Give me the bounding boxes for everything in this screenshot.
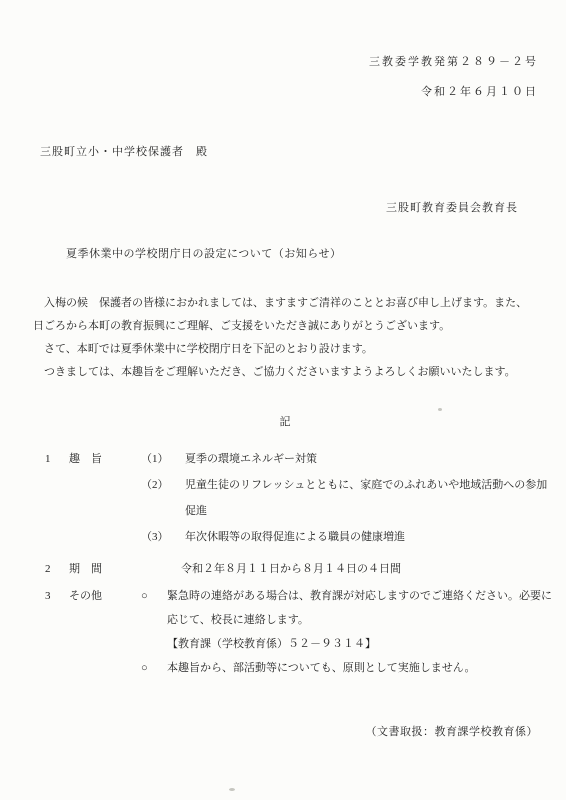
section-label: 趣 旨 bbox=[69, 446, 141, 472]
item-text-continuation: 応じて、校長に連絡します。 bbox=[167, 608, 538, 632]
item-text: 夏季の環境エネルギー対策 bbox=[185, 446, 538, 472]
issue-date: 令和２年６月１０日 bbox=[33, 82, 538, 102]
purpose-item-1: （1） 夏季の環境エネルギー対策 bbox=[141, 446, 538, 472]
other-items: ○ 緊急時の連絡がある場合は、教育課が対応しますのでご連絡ください。必要に 応じ… bbox=[141, 584, 538, 680]
document-handler-note: （文書取扱：教育課学校教育係） bbox=[33, 722, 538, 742]
circle-bullet-icon: ○ bbox=[141, 656, 167, 680]
section-number: 3 bbox=[33, 584, 69, 608]
purpose-items: （1） 夏季の環境エネルギー対策 （2） 児童生徒のリフレッシュとともに、家庭で… bbox=[141, 446, 538, 550]
section-number: 2 bbox=[33, 556, 69, 582]
document-page: 三教委学教発第２８９－２号 令和２年６月１０日 三股町立小・中学校保護者 殿 三… bbox=[0, 0, 566, 800]
doc-number: 三教委学教発第２８９－２号 bbox=[33, 52, 538, 72]
period-value: 令和２年８月１１日から８月１４日の４日間 bbox=[181, 556, 538, 582]
body-line-3: さて、本町では夏季休業中に学校閉庁日を下記のとおり設けます。 bbox=[33, 338, 538, 361]
ki-marker: 記 bbox=[33, 412, 538, 432]
sections-block: 1 趣 旨 （1） 夏季の環境エネルギー対策 （2） 児童生徒のリフレッシュとと… bbox=[33, 446, 538, 680]
body-line-2: 日ごろから本町の教育振興にご理解、ご支援をいただき誠にありがとうございます。 bbox=[33, 315, 538, 338]
circle-bullet-icon: ○ bbox=[141, 584, 167, 656]
section-purpose: 1 趣 旨 （1） 夏季の環境エネルギー対策 （2） 児童生徒のリフレッシュとと… bbox=[33, 446, 538, 550]
sender-line: 三股町教育委員会教育長 bbox=[33, 198, 538, 218]
item-number: （3） bbox=[141, 524, 185, 550]
scan-speck bbox=[438, 408, 442, 411]
purpose-item-3: （3） 年次休暇等の取得促進による職員の健康増進 bbox=[141, 524, 538, 550]
greeting-paragraph: 入梅の候 保護者の皆様におかれましては、ますますご清祥のこととお喜び申し上げます… bbox=[33, 292, 538, 384]
item-text: 本趣旨から、部活動等についても、原則として実施しません。 bbox=[167, 656, 538, 680]
item-number: （2） bbox=[141, 472, 185, 524]
body-line-1: 入梅の候 保護者の皆様におかれましては、ますますご清祥のこととお喜び申し上げます… bbox=[33, 292, 538, 315]
section-other: 3 その他 ○ 緊急時の連絡がある場合は、教育課が対応しますのでご連絡ください。… bbox=[33, 584, 538, 680]
body-line-4: つきましては、本趣旨をご理解いただき、ご協力くださいますようよろしくお願いいたし… bbox=[33, 361, 538, 384]
section-label: その他 bbox=[69, 584, 141, 608]
item-text: 緊急時の連絡がある場合は、教育課が対応しますのでご連絡ください。必要に bbox=[167, 584, 538, 608]
item-number: （1） bbox=[141, 446, 185, 472]
item-text: 年次休暇等の取得促進による職員の健康増進 bbox=[185, 524, 538, 550]
other-item-1: ○ 緊急時の連絡がある場合は、教育課が対応しますのでご連絡ください。必要に 応じ… bbox=[141, 584, 538, 656]
section-period: 2 期 間 令和２年８月１１日から８月１４日の４日間 bbox=[33, 556, 538, 582]
purpose-item-2: （2） 児童生徒のリフレッシュとともに、家庭でのふれあいや地域活動への参加 促進 bbox=[141, 472, 538, 524]
addressee-line: 三股町立小・中学校保護者 殿 bbox=[40, 142, 538, 162]
scan-speck bbox=[229, 788, 235, 791]
item-text: 児童生徒のリフレッシュとともに、家庭でのふれあいや地域活動への参加 bbox=[185, 472, 538, 498]
section-number: 1 bbox=[33, 446, 69, 472]
document-title: 夏季休業中の学校閉庁日の設定について（お知らせ） bbox=[66, 244, 538, 264]
item-text-continuation: 促進 bbox=[185, 498, 538, 524]
section-label: 期 間 bbox=[69, 556, 141, 582]
contact-info: 【教育課（学校教育係）５２－９３１４】 bbox=[167, 632, 538, 656]
other-item-2: ○ 本趣旨から、部活動等についても、原則として実施しません。 bbox=[141, 656, 538, 680]
